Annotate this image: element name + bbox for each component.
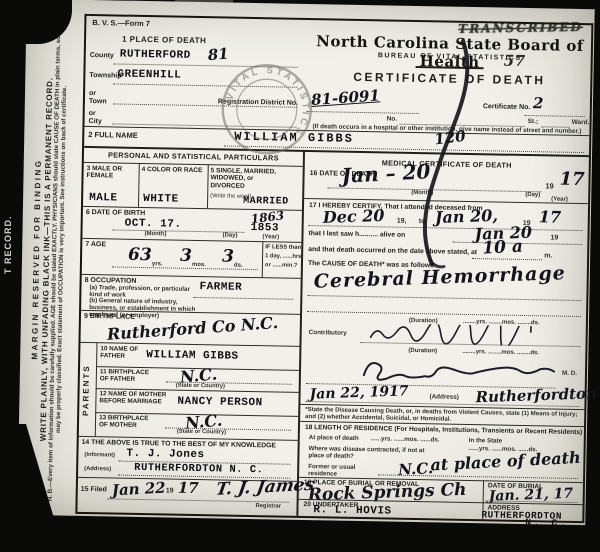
md-caption: M. D. <box>562 371 577 378</box>
birthplace-label: 9 BIRTHPLACE <box>84 313 135 322</box>
vital-statistics-round-stamp: VITAL STATISTICS <box>216 58 318 160</box>
transcribed-stamp: TRANSCRIBED <box>458 20 583 36</box>
registrar-signature: T. J. James <box>214 475 315 500</box>
svg-text:VITAL STATISTICS: VITAL STATISTICS <box>223 64 311 139</box>
column-divider <box>296 151 305 516</box>
registration-district-value: 81-6091 <box>310 86 380 109</box>
dob-year-value: 1853 <box>251 222 280 235</box>
scan-edge-ghost-text: T RECORD. <box>3 216 13 275</box>
page-number: 57 <box>504 52 526 70</box>
marital-label: 5 SINGLE, MARRIED, WIDOWED, or DIVORCED <box>210 167 280 191</box>
certificate-paper: MARGIN RESERVED FOR BINDING WRITE PLAINL… <box>17 0 594 525</box>
certificate-form: B. V. S.—Form 7 1 PLACE OF DEATH County … <box>75 14 593 523</box>
township-value: GREENHILL <box>117 69 181 82</box>
county-label: County <box>90 52 114 60</box>
undertaker-value: R. L. HOVIS <box>313 504 391 517</box>
registration-district-line <box>307 110 419 114</box>
certificate-no-label: Certificate No. <box>483 103 531 112</box>
age-cell-divider <box>262 241 264 277</box>
father-name-value: WILLIAM GIBBS <box>146 349 239 363</box>
father-birthplace-label: 11 BIRTHPLACE OF FATHER <box>100 368 154 383</box>
filed-19-caption: 19 <box>166 487 174 495</box>
father-name-label: 10 NAME OF FATHER <box>100 345 144 360</box>
dod-year-value: 17 <box>559 169 584 190</box>
certificate-title: CERTIFICATE OF DEATH <box>313 70 585 89</box>
age-label: 7 AGE <box>85 241 106 249</box>
sex-label: 3 MALE OR FEMALE <box>86 165 134 181</box>
mother-name-value: NANCY PERSON <box>177 396 262 410</box>
occupation-value: FARMER <box>199 281 242 294</box>
registrar-caption: Registrar <box>255 503 281 510</box>
occupation-line <box>193 296 293 300</box>
sex-value: MALE <box>89 192 118 205</box>
dob-label: 6 DATE OF BIRTH <box>86 209 146 218</box>
race-label: 4 COLOR OR RACE <box>142 166 204 175</box>
m-caption: m. <box>544 252 552 260</box>
no-label: No. <box>387 115 398 122</box>
place-of-death-title: 1 PLACE OF DEATH <box>122 35 206 46</box>
undertaker-address-value2: N. C. <box>525 517 569 529</box>
cause-line-2 <box>307 310 581 317</box>
dod-month-caption: (Month) <box>411 190 433 197</box>
filed-year-value: 17 <box>178 479 199 497</box>
marital-value: MARRIED <box>243 196 289 208</box>
mother-name-label: 12 NAME OF MOTHER BEFORE MARRIAGE <box>99 390 173 406</box>
contracted-value: at place of death <box>430 448 581 475</box>
age-years-value: 63 <box>128 245 152 265</box>
cell-divider-3-4 <box>138 163 140 207</box>
duration-caption-2: (Duration) <box>408 348 437 355</box>
full-name-label: 2 FULL NAME <box>88 131 138 141</box>
dob-month-caption: (Month) <box>144 231 166 238</box>
age-less-line1: IF LESS than <box>265 244 301 251</box>
certificate-no-value: 2 <box>533 94 544 112</box>
certificate-no-line <box>525 114 585 117</box>
saw-19-caption: 19 <box>550 234 558 242</box>
cell-divider-4-5 <box>207 164 209 208</box>
contributory-label: Contributory <box>309 330 347 338</box>
dob-year-caption: (Year) <box>262 234 279 241</box>
dob-day-caption: (Day) <box>222 232 237 239</box>
date-of-death-value: Jan – 20 <box>341 159 431 188</box>
ward-label: Ward. <box>572 119 590 126</box>
filed-line <box>108 497 290 502</box>
last-saw-label: that I last saw h.......... alive on <box>308 230 405 240</box>
to-label: to <box>419 218 426 226</box>
date-of-death-line <box>327 186 541 192</box>
death-time-value: 10 a <box>482 237 524 259</box>
parents-vertical-label: PARENTS <box>81 350 92 430</box>
duration-units-2: ........yrs. ........mos. ........ds. <box>462 349 539 357</box>
form-reference: B. V. S.—Form 7 <box>92 19 150 29</box>
filed-date-value: Jan 22 <box>111 479 166 500</box>
age-days-value: 3 <box>222 246 234 266</box>
st-label: St.; <box>528 118 539 125</box>
margin-notes: MARGIN RESERVED FOR BINDING WRITE PLAINL… <box>28 13 71 506</box>
dod-19-caption: 19 <box>545 182 553 190</box>
death-occurred-label: and that death occurred on the date abov… <box>308 246 477 257</box>
at-place-label: At place of death <box>309 435 359 443</box>
at-place-units: ......yrs. ......mos. ......ds. <box>371 436 440 444</box>
cause-line-1 <box>307 294 581 301</box>
mother-state-caption: (State or Country) <box>177 429 226 436</box>
age-less-line3: or ......min.? <box>265 262 298 269</box>
age-less-line2: 1 day, ......hrs. <box>265 253 303 260</box>
county-value: RUTHERFORD <box>120 49 191 62</box>
or-town-label: or Town <box>89 90 109 106</box>
filed-label: 15 Filed <box>81 486 107 495</box>
informant-address-caption: (Address) <box>84 466 111 473</box>
from-19-caption: 19, <box>397 218 407 226</box>
age-months-value: 3 <box>180 246 192 266</box>
race-value: WHITE <box>143 193 179 206</box>
or-city-label: or City <box>88 110 108 126</box>
dod-day-caption: (Day) <box>525 192 540 199</box>
signed-address-caption: (Address) <box>429 394 459 401</box>
to-year-value: 17 <box>539 207 562 226</box>
mother-birthplace-label: 13 BIRTHPLACE OF MOTHER <box>99 414 153 429</box>
informant-caption: (Informant) <box>84 452 115 459</box>
death-time-line <box>472 257 542 260</box>
full-name-annotation: 120 <box>433 127 466 149</box>
